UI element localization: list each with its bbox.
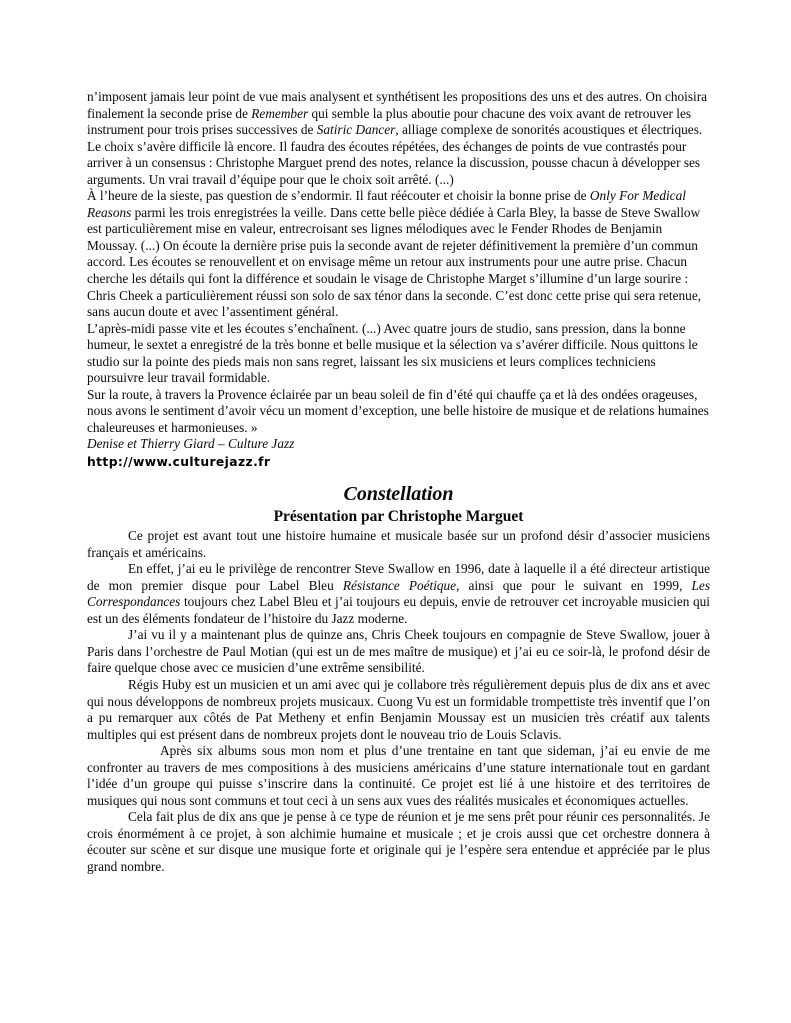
text-run: Cela fait plus de dix ans que je pense à… bbox=[87, 809, 710, 874]
paragraph: Régis Huby est un musicien et un ami ave… bbox=[87, 677, 710, 743]
paragraph: J’ai vu il y a maintenant plus de quinze… bbox=[87, 627, 710, 677]
text-run: J’ai vu il y a maintenant plus de quinze… bbox=[87, 627, 710, 675]
paragraph: n’imposent jamais leur point de vue mais… bbox=[87, 89, 710, 139]
text-run: L’après-midi passe vite et les écoutes s… bbox=[87, 321, 698, 386]
text-run: Le choix s’avère difficile là encore. Il… bbox=[87, 139, 700, 187]
byline-author: Denise et Thierry Giard – Culture Jazz bbox=[87, 436, 710, 453]
text-block: n’imposent jamais leur point de vue mais… bbox=[87, 89, 710, 876]
italic-text: Résistance Poétique bbox=[343, 578, 456, 593]
paragraph: Cela fait plus de dix ans que je pense à… bbox=[87, 809, 710, 875]
paragraph: Après six albums sous mon nom et plus d’… bbox=[87, 743, 710, 809]
text-run: parmi les trois enregistrées la veille. … bbox=[87, 205, 701, 319]
italic-text: Remember bbox=[251, 106, 308, 121]
paragraph: Le choix s’avère difficile là encore. Il… bbox=[87, 139, 710, 189]
text-run: Sur la route, à travers la Provence écla… bbox=[87, 387, 709, 435]
text-run: Après six albums sous mon nom et plus d’… bbox=[87, 743, 710, 808]
paragraph: Ce projet est avant tout une histoire hu… bbox=[87, 528, 710, 561]
text-run: , alliage complexe de sonorités acoustiq… bbox=[395, 122, 702, 137]
text-run: Ce projet est avant tout une histoire hu… bbox=[87, 528, 710, 560]
text-run: Régis Huby est un musicien et un ami ave… bbox=[87, 677, 710, 742]
section-title: Constellation bbox=[87, 483, 710, 506]
presentation-section: Ce projet est avant tout une histoire hu… bbox=[87, 528, 710, 875]
document-page: n’imposent jamais leur point de vue mais… bbox=[0, 0, 791, 1023]
paragraph: L’après-midi passe vite et les écoutes s… bbox=[87, 321, 710, 387]
culturejazz-url-link[interactable]: http://www.culturejazz.fr bbox=[87, 454, 270, 471]
text-run: toujours chez Label Bleu et j’ai toujour… bbox=[87, 594, 710, 626]
section-subtitle: Présentation par Christophe Marguet bbox=[87, 507, 710, 526]
paragraph: À l’heure de la sieste, pas question de … bbox=[87, 188, 710, 320]
italic-text: Satiric Dancer bbox=[317, 122, 396, 137]
press-quote-section: n’imposent jamais leur point de vue mais… bbox=[87, 89, 710, 436]
paragraph: Sur la route, à travers la Provence écla… bbox=[87, 387, 710, 437]
text-run: , ainsi que pour le suivant en 1999, bbox=[456, 578, 691, 593]
paragraph: En effet, j’ai eu le privilège de rencon… bbox=[87, 561, 710, 627]
text-run: À l’heure de la sieste, pas question de … bbox=[87, 188, 590, 203]
